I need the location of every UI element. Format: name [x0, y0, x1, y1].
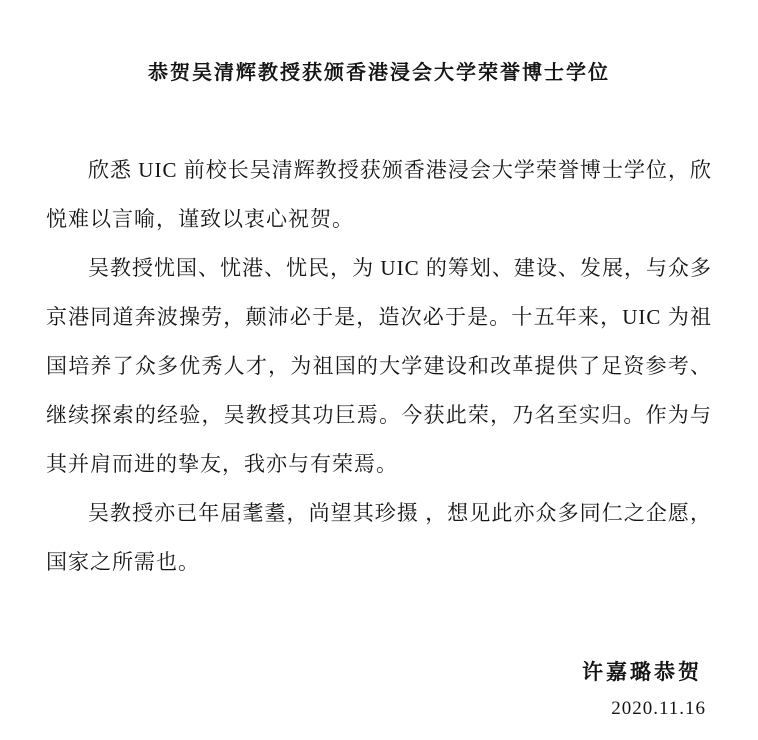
signature: 许嘉璐恭贺 — [582, 656, 702, 686]
paragraph-3: 吴教授亦已年届耄耋，尚望其珍摄 ，想见此亦众多同仁之企愿，国家之所需也。 — [46, 489, 712, 587]
date: 2020.11.16 — [611, 698, 706, 720]
paragraph-2: 吴教授忧国、忧港、忧民，为 UIC 的筹划、建设、发展，与众多京港同道奔波操劳，… — [46, 244, 712, 489]
document-body: 欣悉 UIC 前校长吴清辉教授获颁香港浸会大学荣誉博士学位，欣悦难以言喻，谨致以… — [46, 146, 712, 587]
document-title: 恭贺吴清辉教授获颁香港浸会大学荣誉博士学位 — [0, 56, 758, 85]
paragraph-1: 欣悉 UIC 前校长吴清辉教授获颁香港浸会大学荣誉博士学位，欣悦难以言喻，谨致以… — [46, 146, 712, 244]
congratulatory-letter-document: 恭贺吴清辉教授获颁香港浸会大学荣誉博士学位 欣悉 UIC 前校长吴清辉教授获颁香… — [0, 0, 758, 740]
